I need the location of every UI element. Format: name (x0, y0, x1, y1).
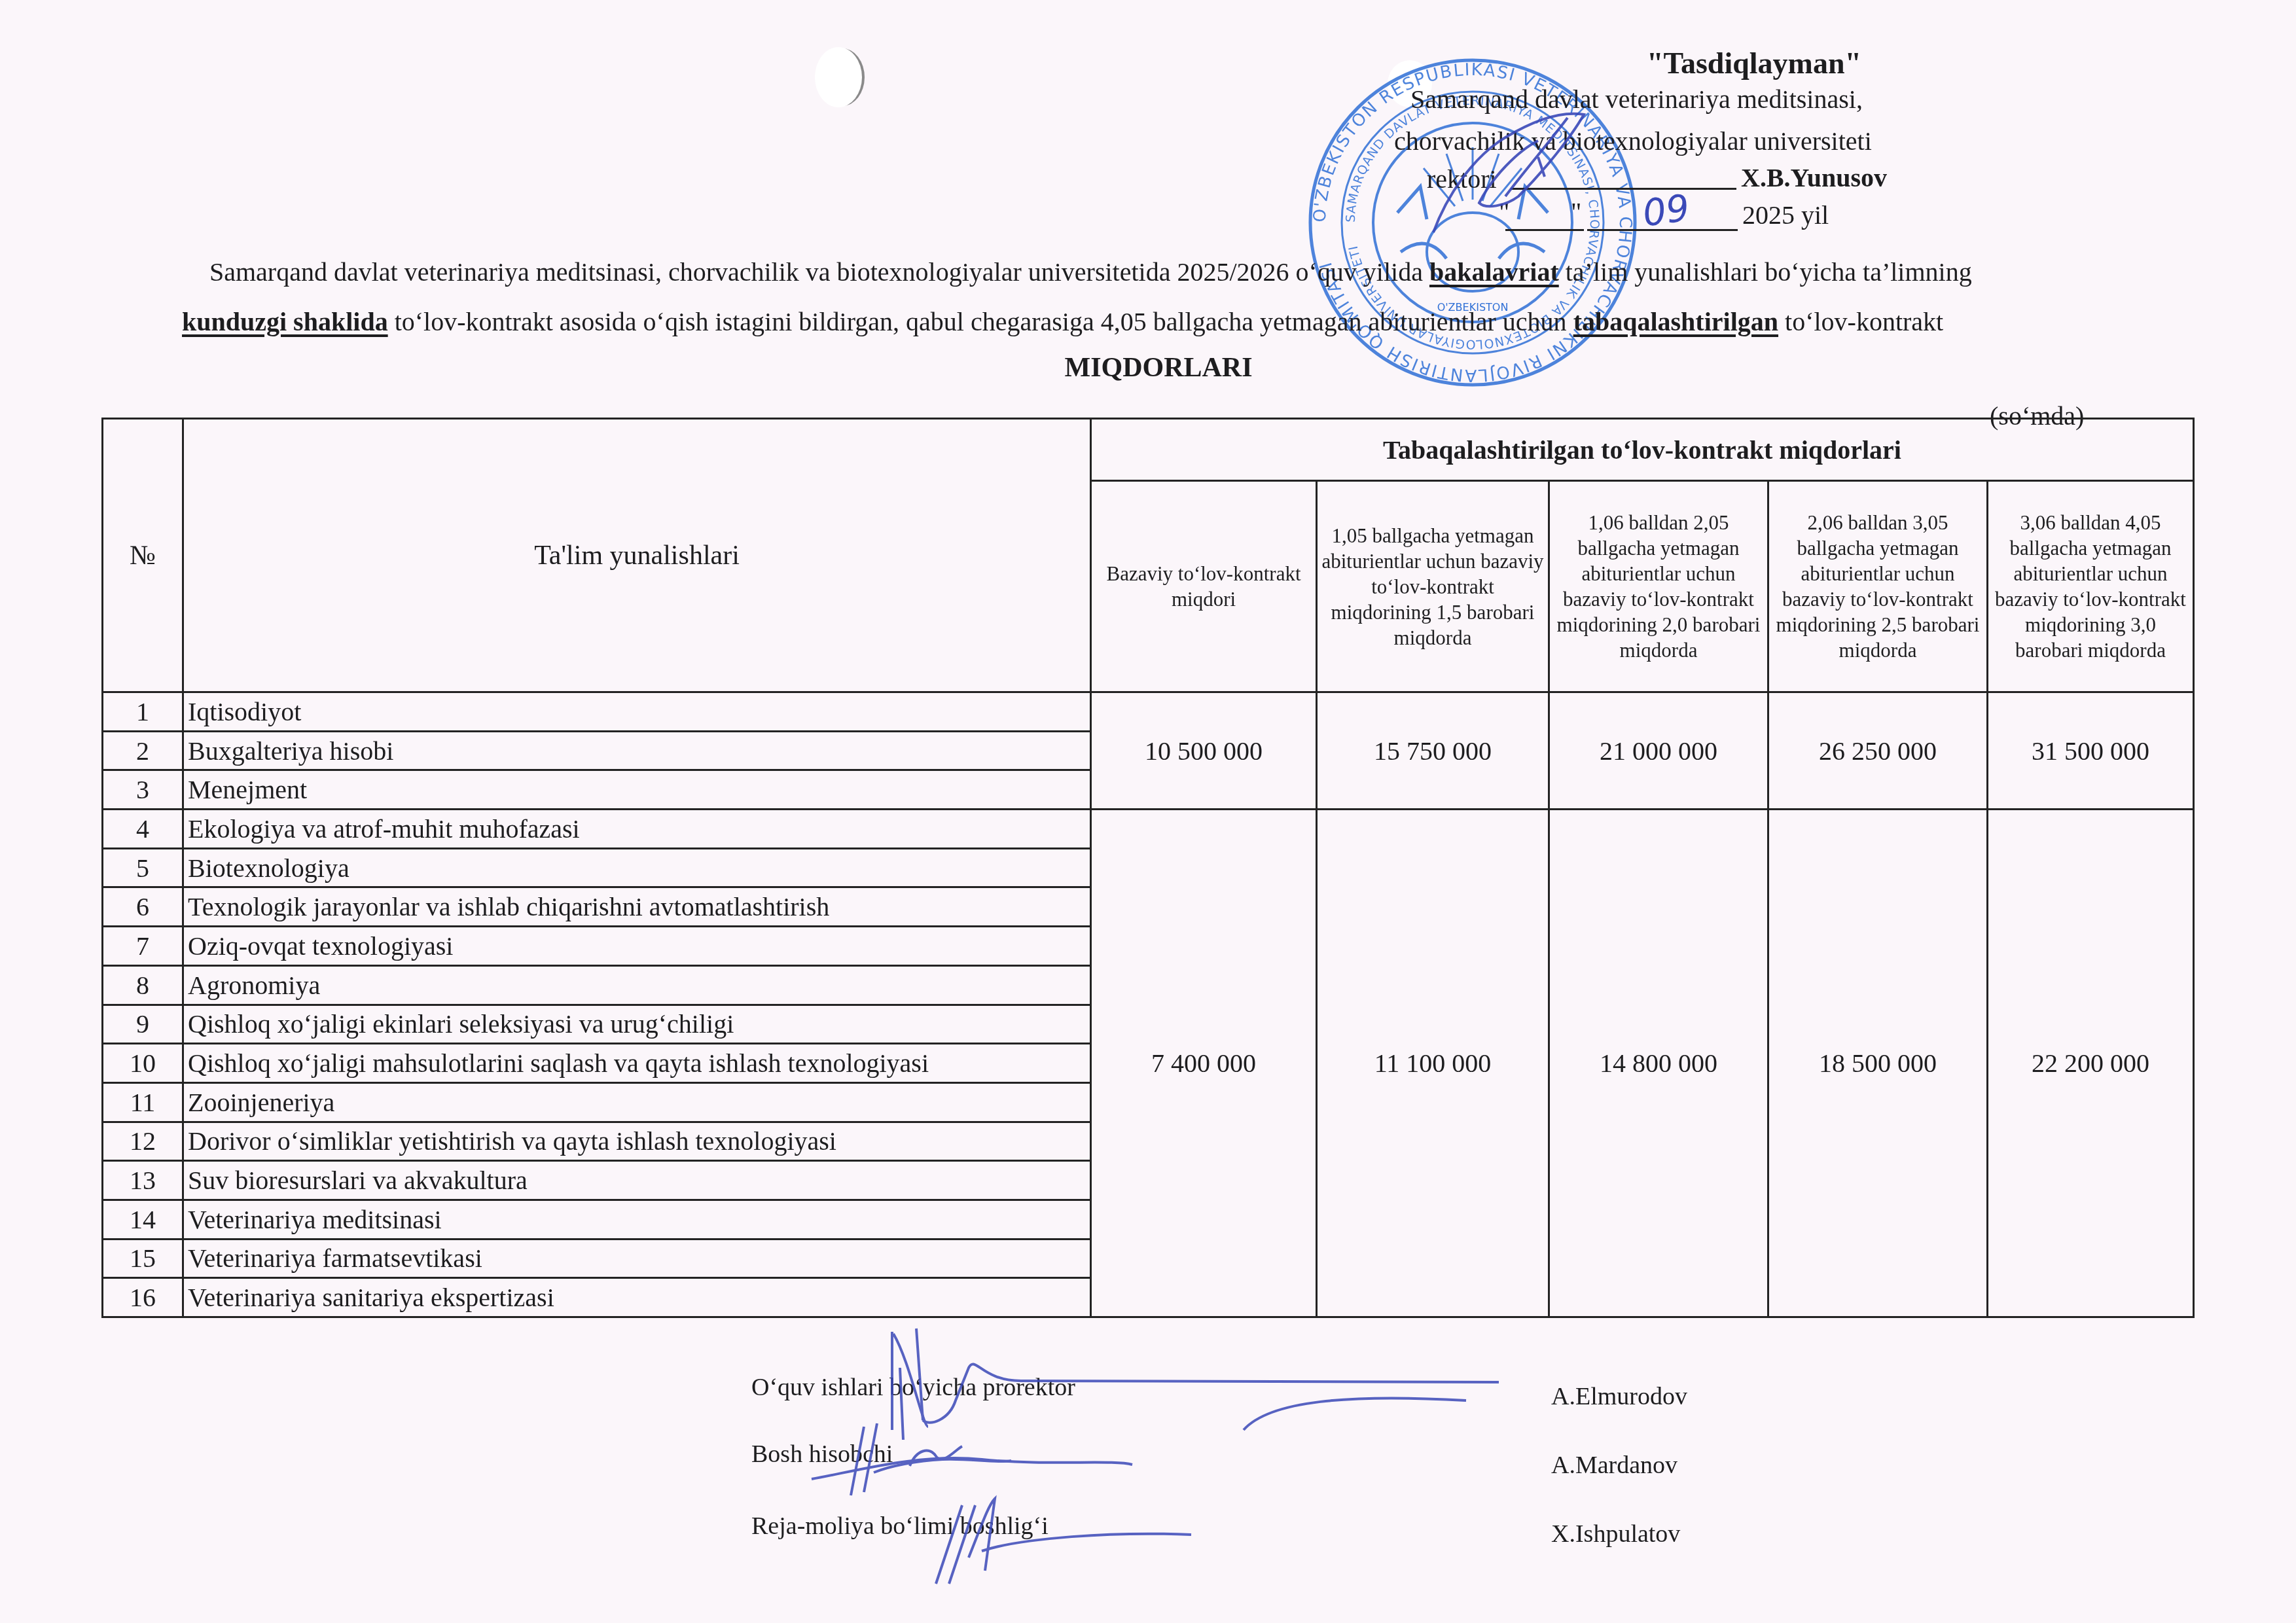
intro-line-2: kunduzgi shaklida to‘lov-kontrakt asosid… (182, 306, 1943, 337)
column-header-tier-1: 1,05 ballgacha yetmagan abiturientlar uc… (1317, 481, 1549, 692)
row-number: 1 (103, 692, 183, 732)
intro-text: to‘lov-kontrakt asosida o‘qish istagini … (388, 307, 1573, 336)
study-direction-name: Qishloq xo‘jaligi ekinlari seleksiyasi v… (183, 1005, 1091, 1044)
tier-3-fee-value: 26 250 000 (1768, 692, 1988, 810)
row-number: 9 (103, 1005, 183, 1044)
date-quote-open: " (1499, 196, 1509, 227)
study-direction-name: Texnologik jarayonlar va ishlab chiqaris… (183, 887, 1091, 927)
approval-line-position: rektori (1427, 164, 1497, 194)
row-number: 10 (103, 1044, 183, 1083)
row-number: 6 (103, 887, 183, 927)
column-header-tier-2: 1,06 balldan 2,05 ballgacha yetmagan abi… (1549, 481, 1768, 692)
signatory-role: O‘quv ishlari bo‘yicha prorektor (751, 1373, 1075, 1402)
row-number: 7 (103, 927, 183, 966)
column-group-header: Tabaqalashtirilgan to‘lov-kontrakt miqdo… (1091, 419, 2194, 481)
intro-text: ta’lim yunalishlari bo‘yicha ta’limning (1559, 257, 1972, 287)
contract-fee-table: № Ta'lim yunalishlari Tabaqalashtirilgan… (101, 418, 2195, 1318)
row-number: 8 (103, 965, 183, 1005)
signatory-name: A.Mardanov (1551, 1451, 1677, 1480)
tier-4-fee-value: 31 500 000 (1988, 692, 2194, 810)
date-day-line (1505, 229, 1584, 231)
intro-tiered: tabaqalashtirilgan (1573, 307, 1778, 336)
tier-2-fee-value: 21 000 000 (1549, 692, 1768, 810)
row-number: 11 (103, 1082, 183, 1122)
tier-1-fee-value: 11 100 000 (1317, 810, 1549, 1317)
intro-text: Samarqand davlat veterinariya meditsinas… (209, 257, 1429, 287)
row-number: 15 (103, 1239, 183, 1278)
table-row: 4Ekologiya va atrof-muhit muhofazasi7 40… (103, 810, 2194, 849)
approval-line-university: Samarqand davlat veterinariya meditsinas… (1410, 84, 1863, 115)
rector-signature-line (1511, 188, 1736, 190)
study-direction-name: Agronomiya (183, 965, 1091, 1005)
study-direction-name: Veterinariya sanitariya ekspertizasi (183, 1278, 1091, 1317)
punch-hole (815, 47, 862, 107)
date-year: 2025 yil (1742, 200, 1829, 230)
base-fee-value: 10 500 000 (1091, 692, 1317, 810)
row-number: 16 (103, 1278, 183, 1317)
approval-line-university-cont: chorvachilik va biotexnologiyalar univer… (1394, 126, 1872, 156)
intro-degree-level: bakalavriat (1429, 257, 1559, 287)
row-number: 4 (103, 810, 183, 849)
column-header-tier-3: 2,06 balldan 3,05 ballgacha yetmagan abi… (1768, 481, 1988, 692)
study-direction-name: Buxgalteriya hisobi (183, 731, 1091, 770)
tier-3-fee-value: 18 500 000 (1768, 810, 1988, 1317)
rector-name: X.B.Yunusov (1741, 162, 1887, 193)
tier-4-fee-value: 22 200 000 (1988, 810, 2194, 1317)
study-direction-name: Zooinjeneriya (183, 1082, 1091, 1122)
date-month-handwritten: 09 (1640, 187, 1693, 235)
study-direction-name: Biotexnologiya (183, 848, 1091, 887)
intro-line-1: Samarqand davlat veterinariya meditsinas… (209, 257, 1972, 287)
date-quote-close: " (1571, 196, 1581, 227)
intro-text: to‘lov-kontrakt (1778, 307, 1943, 336)
base-fee-value: 7 400 000 (1091, 810, 1317, 1317)
row-number: 2 (103, 731, 183, 770)
study-direction-name: Menejment (183, 770, 1091, 810)
document-title: MIQDORLARI (982, 352, 1335, 383)
column-header-tier-4: 3,06 balldan 4,05 ballgacha yetmagan abi… (1988, 481, 2194, 692)
intro-study-form: kunduzgi shaklida (182, 307, 388, 336)
tier-2-fee-value: 14 800 000 (1549, 810, 1768, 1317)
column-header-number: № (103, 419, 183, 692)
study-direction-name: Dorivor o‘simliklar yetishtirish va qayt… (183, 1122, 1091, 1161)
table-row: 1Iqtisodiyot10 500 00015 750 00021 000 0… (103, 692, 2194, 732)
column-header-direction: Ta'lim yunalishlari (183, 419, 1091, 692)
signatory-name: X.Ishpulatov (1551, 1520, 1680, 1548)
row-number: 14 (103, 1200, 183, 1239)
study-direction-name: Iqtisodiyot (183, 692, 1091, 732)
study-direction-name: Suv bioresurslari va akvakultura (183, 1161, 1091, 1200)
row-number: 5 (103, 848, 183, 887)
row-number: 12 (103, 1122, 183, 1161)
study-direction-name: Ekologiya va atrof-muhit muhofazasi (183, 810, 1091, 849)
study-direction-name: Oziq-ovqat texnologiyasi (183, 927, 1091, 966)
row-number: 3 (103, 770, 183, 810)
study-direction-name: Veterinariya farmatsevtikasi (183, 1239, 1091, 1278)
row-number: 13 (103, 1161, 183, 1200)
study-direction-name: Qishloq xo‘jaligi mahsulotlarini saqlash… (183, 1044, 1091, 1083)
tier-1-fee-value: 15 750 000 (1317, 692, 1549, 810)
approval-title: "Tasdiqlayman" (1558, 46, 1950, 80)
column-header-base: Bazaviy to‘lov-kontrakt miqdori (1091, 481, 1317, 692)
study-direction-name: Veterinariya meditsinasi (183, 1200, 1091, 1239)
signatory-role: Reja-moliya bo‘limi boshlig‘i (751, 1512, 1049, 1541)
signatory-name: A.Elmurodov (1551, 1382, 1687, 1411)
signatory-role: Bosh hisobchi (751, 1440, 893, 1469)
